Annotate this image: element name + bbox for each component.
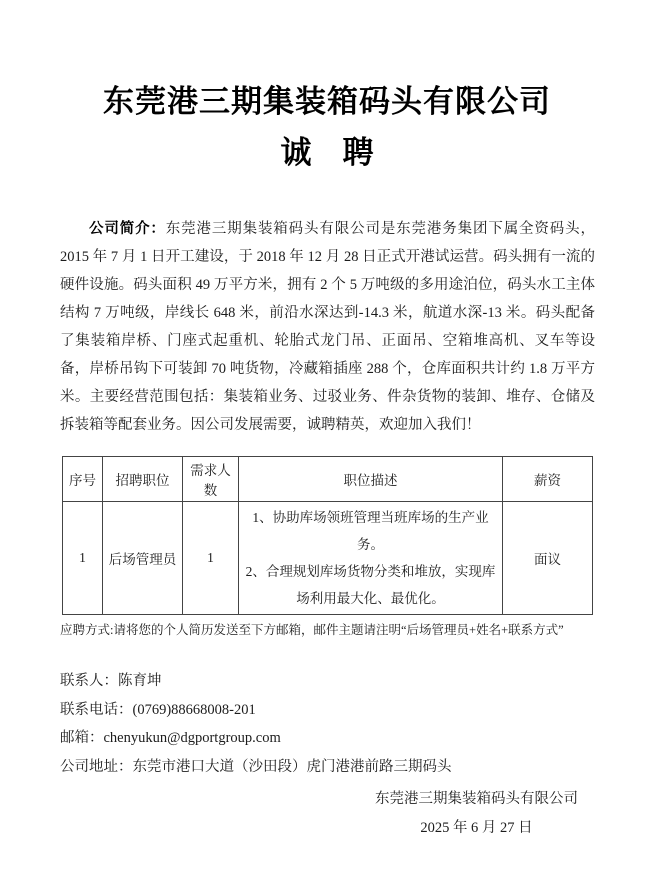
col-header-salary: 薪资	[503, 457, 593, 502]
contact-section: 联系人：陈育坤 联系电话：(0769)88668008-201 邮箱：cheny…	[60, 667, 595, 781]
contact-email-line: 邮箱：chenyukun@dgportgroup.com	[60, 724, 595, 753]
document-subtitle: 诚 聘	[0, 135, 654, 171]
cell-count: 1	[183, 502, 239, 615]
col-header-count: 需求人数	[183, 457, 239, 502]
signature-date: 2025 年 6 月 27 日	[375, 814, 578, 843]
contact-address-value: 东莞市港口大道（沙田段）虎门港港前路三期码头	[133, 759, 452, 775]
description-line: 2、合理规划库场货物分类和堆放，实现库场利用最大化、最优化。	[243, 558, 498, 612]
cell-no: 1	[63, 502, 103, 615]
cell-description: 1、协助库场领班管理当班库场的生产业务。 2、合理规划库场货物分类和堆放，实现库…	[239, 502, 503, 615]
col-header-no: 序号	[63, 457, 103, 502]
company-intro-label: 公司简介：	[89, 221, 166, 237]
contact-phone-label: 联系电话：	[60, 702, 133, 718]
job-positions-table: 序号 招聘职位 需求人数 职位描述 薪资 1 后场管理员 1 1、协助库场领班管…	[62, 456, 593, 615]
contact-person-value: 陈育坤	[118, 673, 162, 689]
contact-person-line: 联系人：陈育坤	[60, 667, 595, 696]
apply-instructions: 应聘方式:请将您的个人简历发送至下方邮箱，邮件主题请注明“后场管理员+姓名+联系…	[60, 622, 595, 639]
document-page: 东莞港三期集装箱码头有限公司 诚 聘 公司简介：东莞港三期集装箱码头有限公司是东…	[0, 0, 654, 872]
description-line: 1、协助库场领班管理当班库场的生产业务。	[243, 504, 498, 558]
signature-block: 东莞港三期集装箱码头有限公司 2025 年 6 月 27 日	[375, 785, 578, 843]
contact-person-label: 联系人：	[60, 673, 118, 689]
company-intro-text: 东莞港三期集装箱码头有限公司是东莞港务集团下属全资码头，2015 年 7 月 1…	[60, 221, 595, 433]
signature-company: 东莞港三期集装箱码头有限公司	[375, 785, 578, 814]
contact-phone-line: 联系电话：(0769)88668008-201	[60, 696, 595, 725]
company-intro-paragraph: 公司简介：东莞港三期集装箱码头有限公司是东莞港务集团下属全资码头，2015 年 …	[60, 215, 595, 439]
contact-email-label: 邮箱：	[60, 730, 104, 746]
contact-phone-value: (0769)88668008-201	[133, 702, 256, 718]
cell-salary: 面议	[503, 502, 593, 615]
col-header-description: 职位描述	[239, 457, 503, 502]
contact-address-line: 公司地址：东莞市港口大道（沙田段）虎门港港前路三期码头	[60, 753, 595, 782]
cell-position: 后场管理员	[103, 502, 183, 615]
document-title: 东莞港三期集装箱码头有限公司	[0, 84, 654, 120]
contact-email-value: chenyukun@dgportgroup.com	[104, 730, 281, 746]
table-header-row: 序号 招聘职位 需求人数 职位描述 薪资	[63, 457, 593, 502]
table-row: 1 后场管理员 1 1、协助库场领班管理当班库场的生产业务。 2、合理规划库场货…	[63, 502, 593, 615]
contact-address-label: 公司地址：	[60, 759, 133, 775]
col-header-position: 招聘职位	[103, 457, 183, 502]
